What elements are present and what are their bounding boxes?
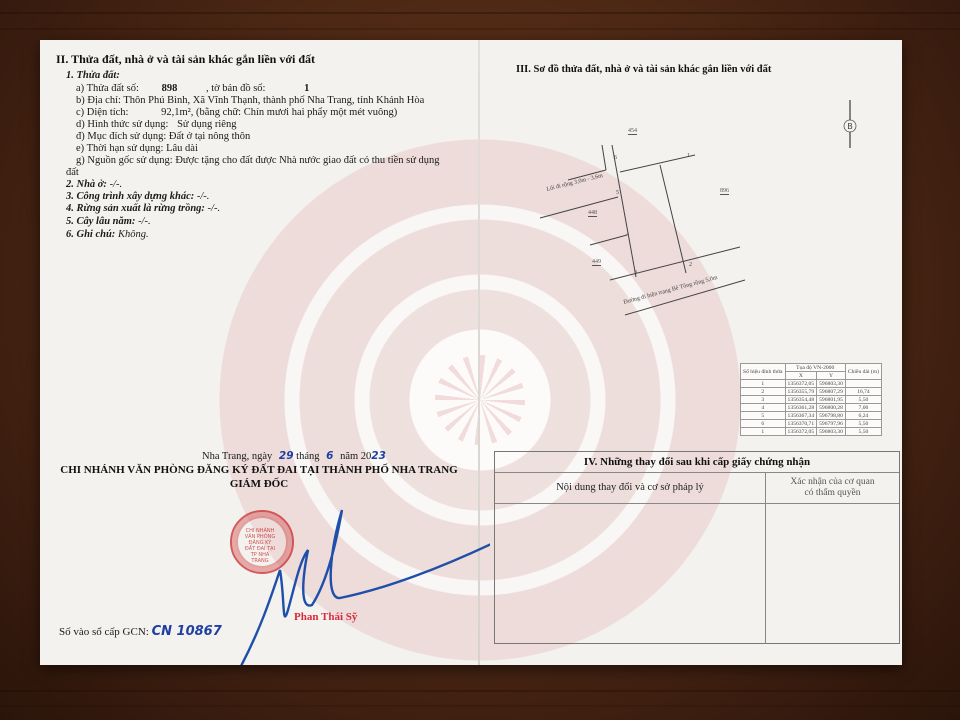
date-month-label: tháng [296, 451, 319, 462]
usage-form-value: Sử dụng riêng [177, 119, 236, 130]
date-prefix: Nha Trang, ngày [202, 451, 272, 462]
usage-form-label: d) Hình thức sử dụng: [76, 119, 168, 130]
other-works-value: -/-. [197, 191, 210, 202]
forest-label: 4. Rừng sản xuất là rừng trồng: [66, 203, 205, 214]
coord-row: 21356355,79596807,2916,74 [741, 388, 882, 396]
area-value: 92,1m², (bằng chữ: Chín mươi hai phẩy mộ… [161, 107, 397, 118]
north-arrow-icon: B [840, 100, 860, 150]
section-ii-title: II. Thửa đất, nhà ở và tài sản khác gắn … [56, 52, 315, 67]
date-year-label: năm 20 [340, 451, 371, 462]
changes-confirm-cell [766, 504, 899, 644]
col-length: Chiều dài (m) [845, 364, 881, 380]
date-year: 23 [371, 450, 386, 462]
vertex-6: 6 [614, 155, 617, 161]
vertex-5: 5 [616, 190, 619, 196]
term-value: Lâu dài [166, 143, 198, 154]
note-value: Không. [118, 229, 149, 240]
coord-row: 11356372,05596803,305,50 [741, 428, 882, 436]
confirm-line-1: Xác nhận của cơ quan [766, 477, 899, 488]
coordinate-table: Số hiệu đỉnh thửa Tọa độ VN-2000 Chiều d… [740, 363, 882, 436]
term-label: e) Thời hạn sử dụng: [76, 143, 163, 154]
changes-content-header: Nội dung thay đổi và cơ sở pháp lý [495, 473, 766, 503]
neighbor-896: 896 [720, 188, 729, 195]
registry-row: Số vào sổ cấp GCN: CN 10867 [59, 624, 222, 639]
parcel-diagram: 454 448 449 896 1 2 3 4 5 6 Lối đi rộng … [530, 125, 800, 365]
coord-row: 31356354,48596801,955,50 [741, 396, 882, 404]
purpose-label: đ) Mục đích sử dụng: [76, 131, 166, 142]
col-vertex: Số hiệu đỉnh thửa [741, 364, 786, 380]
vertex-2: 2 [689, 262, 692, 268]
vertex-4: 4 [626, 232, 629, 238]
origin-row: g) Nguồn gốc sử dụng: Được tặng cho đất … [76, 155, 440, 166]
neighbor-448: 448 [588, 210, 597, 217]
changes-table: IV. Những thay đổi sau khi cấp giấy chứn… [494, 451, 900, 644]
other-works-row: 3. Công trình xây dựng khác: -/-. [66, 191, 209, 202]
other-works-label: 3. Công trình xây dựng khác: [66, 191, 194, 202]
land-heading: 1. Thửa đất: [66, 70, 120, 81]
neighbor-449: 449 [592, 259, 601, 266]
parcel-row: a) Thửa đất số: 898 , tờ bản đồ số: 1 [76, 83, 309, 94]
address-label: b) Địa chỉ: [76, 95, 121, 106]
note-row: 6. Ghi chú: Không. [66, 229, 149, 240]
section-iii-title: III. Sơ đồ thửa đất, nhà ở và tài sản kh… [516, 64, 771, 75]
vertex-3: 3 [634, 270, 637, 276]
col-coords: Tọa độ VN-2000 [785, 364, 845, 372]
area-label: c) Diện tích: [76, 107, 128, 118]
office-name: CHI NHÁNH VĂN PHÒNG ĐĂNG KÝ ĐẤT ĐAI TẠI … [40, 464, 478, 476]
confirm-line-2: có thẩm quyền [766, 488, 899, 499]
origin-value-cont: đất [66, 167, 79, 178]
office-role: GIÁM ĐỐC [40, 478, 478, 490]
note-label: 6. Ghi chú: [66, 229, 115, 240]
map-sheet-number: 1 [304, 83, 309, 94]
coord-row: 61356370,71596797,965,50 [741, 420, 882, 428]
col-y: Y [817, 372, 846, 380]
address-value: Thôn Phú Bình, Xã Vĩnh Thạnh, thành phố … [123, 95, 424, 106]
term-row: e) Thời hạn sử dụng: Lâu dài [76, 143, 198, 154]
map-sheet-label: , tờ bản đồ số: [206, 83, 266, 94]
usage-form-row: d) Hình thức sử dụng: Sử dụng riêng [76, 119, 236, 130]
signer-name: Phan Thái Sỹ [294, 611, 357, 623]
purpose-row: đ) Mục đích sử dụng: Đất ở tại nông thôn [76, 131, 250, 142]
parcel-label: a) Thửa đất số: [76, 83, 139, 94]
origin-value: Được tặng cho đất được Nhà nước giao đất… [175, 155, 439, 166]
signature [190, 490, 490, 665]
forest-row: 4. Rừng sản xuất là rừng trồng: -/-. [66, 203, 220, 214]
changes-confirm-header: Xác nhận của cơ quan có thẩm quyền [766, 473, 899, 503]
purpose-value: Đất ở tại nông thôn [169, 131, 250, 142]
coord-row: 11356372,05596803,30 [741, 380, 882, 388]
perennial-row: 5. Cây lâu năm: -/-. [66, 216, 151, 227]
date-month: 6 [326, 450, 333, 462]
land-certificate-page: II. Thửa đất, nhà ở và tài sản khác gắn … [40, 40, 902, 665]
address-row: b) Địa chỉ: Thôn Phú Bình, Xã Vĩnh Thạnh… [76, 95, 424, 106]
neighbor-454: 454 [628, 128, 637, 135]
date-day: 29 [279, 450, 294, 462]
house-value: -/-. [110, 179, 123, 190]
coord-row: 41356361,28596800,287,00 [741, 404, 882, 412]
forest-value: -/-. [208, 203, 221, 214]
watermark-star [435, 355, 525, 445]
registry-label: Số vào sổ cấp GCN: [59, 626, 149, 638]
col-x: X [785, 372, 817, 380]
perennial-label: 5. Cây lâu năm: [66, 216, 135, 227]
perennial-value: -/-. [138, 216, 151, 227]
svg-text:B: B [847, 122, 853, 131]
vertex-1: 1 [687, 153, 690, 159]
registry-number: CN 10867 [152, 624, 222, 639]
parcel-number: 898 [162, 83, 178, 94]
issue-date: Nha Trang, ngày 29 tháng 6 năm 2023 [202, 450, 386, 462]
coord-row: 51356367,34596798,806,24 [741, 412, 882, 420]
changes-content-cell [495, 504, 766, 644]
house-label: 2. Nhà ở: [66, 179, 107, 190]
area-row: c) Diện tích: 92,1m², (bằng chữ: Chín mư… [76, 107, 397, 118]
origin-label: g) Nguồn gốc sử dụng: [76, 155, 173, 166]
changes-title: IV. Những thay đổi sau khi cấp giấy chứn… [495, 452, 899, 473]
house-row: 2. Nhà ở: -/-. [66, 179, 122, 190]
